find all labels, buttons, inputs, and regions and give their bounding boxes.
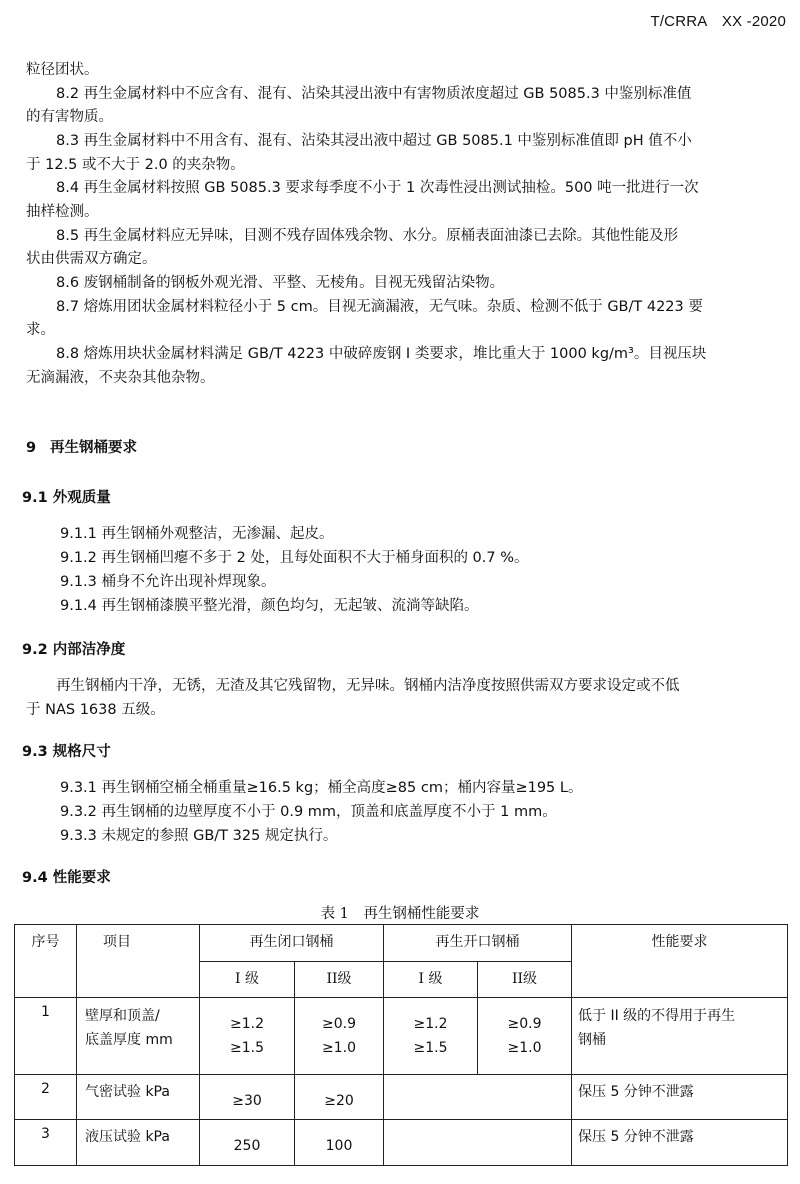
cell-seq: 2 — [15, 1075, 77, 1120]
cell-requirement: 保压 5 分钟不泄露 — [572, 1120, 788, 1166]
performance-table: 序号 项目 再生闭口钢桶 再生开口钢桶 性能要求 I 级 II级 I 级 II级… — [14, 924, 788, 1166]
clause-9-1-3: 9.1.3 桶身不允许出现补焊现象。 — [60, 572, 276, 592]
clause-8-7: 8.7 熔炼用团状金属材料粒径小于 5 cm。目视无滴漏液，无气味。杂质、检测不… — [56, 297, 703, 317]
header-item: 项目 — [77, 925, 200, 998]
clause-8-3: 8.3 再生金属材料中不用含有、混有、沾染其浸出液中超过 GB 5085.1 中… — [56, 131, 692, 151]
body-line: 再生钢桶内干净，无锈，无渣及其它残留物，无异味。钢桶内洁净度按照供需双方要求设定… — [56, 676, 680, 696]
cell-requirement-line: 钢桶 — [578, 1028, 787, 1052]
value: ≥0.9 — [295, 1012, 383, 1036]
cell-open-empty — [384, 1120, 572, 1166]
cell-requirement: 低于 II 级的不得用于再生 钢桶 — [572, 998, 788, 1075]
value: ≥1.0 — [295, 1036, 383, 1060]
cell-item: 壁厚和顶盖/ 底盖厚度 mm — [77, 998, 200, 1075]
document-code-header: T/CRRA XX -2020 — [650, 10, 786, 31]
header-open-grade1: I 级 — [384, 962, 478, 998]
cell-closed-grade1: ≥30 — [200, 1075, 295, 1120]
value: ≥1.5 — [384, 1036, 477, 1060]
value: ≥0.9 — [478, 1012, 571, 1036]
header-open-grade2: II级 — [478, 962, 572, 998]
table-row: 3 液压试验 kPa 250 100 保压 5 分钟不泄露 — [15, 1120, 788, 1166]
header-closed-grade1: I 级 — [200, 962, 295, 998]
section-9-3-heading: 9.3 规格尺寸 — [22, 740, 111, 761]
table-header-row: 序号 项目 再生闭口钢桶 再生开口钢桶 性能要求 — [15, 925, 788, 962]
clause-8-5: 8.5 再生金属材料应无异味，目测不残存固体残余物、水分。原桶表面油漆已去除。其… — [56, 226, 678, 246]
clause-9-3-3: 9.3.3 未规定的参照 GB/T 325 规定执行。 — [60, 826, 337, 846]
body-line: 求。 — [26, 320, 55, 340]
table-row: 1 壁厚和顶盖/ 底盖厚度 mm ≥1.2 ≥1.5 ≥0.9 ≥1.0 ≥1.… — [15, 998, 788, 1075]
value: ≥1.0 — [478, 1036, 571, 1060]
section-9-4-heading: 9.4 性能要求 — [22, 866, 111, 887]
table-caption: 表 1 再生钢桶性能要求 — [0, 902, 800, 923]
clause-9-1-1: 9.1.1 再生钢桶外观整洁，无渗漏、起皮。 — [60, 524, 334, 544]
cell-item-line: 底盖厚度 mm — [85, 1028, 199, 1052]
header-seq: 序号 — [15, 925, 77, 998]
header-closed-grade2: II级 — [295, 962, 384, 998]
table-row: 2 气密试验 kPa ≥30 ≥20 保压 5 分钟不泄露 — [15, 1075, 788, 1120]
clause-9-3-1: 9.3.1 再生钢桶空桶全桶重量≥16.5 kg；桶全高度≥85 cm；桶内容量… — [60, 778, 582, 798]
cell-seq: 3 — [15, 1120, 77, 1166]
section-9-heading: 9再生钢桶要求 — [26, 436, 137, 457]
clause-9-1-2: 9.1.2 再生钢桶凹瘪不多于 2 处，且每处面积不大于桶身面积的 0.7 %。 — [60, 548, 529, 568]
cell-closed-grade2: ≥0.9 ≥1.0 — [295, 998, 384, 1075]
cell-open-grade2: ≥0.9 ≥1.0 — [478, 998, 572, 1075]
body-line: 的有害物质。 — [26, 107, 113, 127]
cell-requirement-line: 低于 II 级的不得用于再生 — [578, 1004, 787, 1028]
section-number: 9 — [26, 440, 50, 456]
clause-9-3-2: 9.3.2 再生钢桶的边壁厚度不小于 0.9 mm，顶盖和底盖厚度不小于 1 m… — [60, 802, 557, 822]
cell-closed-grade2: 100 — [295, 1120, 384, 1166]
body-line: 状由供需双方确定。 — [26, 249, 157, 269]
cell-closed-grade1: ≥1.2 ≥1.5 — [200, 998, 295, 1075]
value: ≥1.2 — [384, 1012, 477, 1036]
body-line: 无滴漏液，不夹杂其他杂物。 — [26, 368, 215, 388]
cell-item: 液压试验 kPa — [77, 1120, 200, 1166]
clause-8-2: 8.2 再生金属材料中不应含有、混有、沾染其浸出液中有害物质浓度超过 GB 50… — [56, 84, 691, 104]
clause-8-8: 8.8 熔炼用块状金属材料满足 GB/T 4223 中破碎废钢 I 类要求，堆比… — [56, 344, 706, 364]
cell-requirement: 保压 5 分钟不泄露 — [572, 1075, 788, 1120]
header-closed-drum: 再生闭口钢桶 — [200, 925, 384, 962]
body-line: 于 NAS 1638 五级。 — [26, 700, 165, 720]
header-open-drum: 再生开口钢桶 — [384, 925, 572, 962]
body-line: 粒径团状。 — [26, 60, 99, 80]
clause-8-4: 8.4 再生金属材料按照 GB 5085.3 要求每季度不小于 1 次毒性浸出测… — [56, 178, 699, 198]
clause-9-1-4: 9.1.4 再生钢桶漆膜平整光滑，颜色均匀，无起皱、流淌等缺陷。 — [60, 596, 479, 616]
body-line: 抽样检测。 — [26, 202, 99, 222]
cell-open-grade1: ≥1.2 ≥1.5 — [384, 998, 478, 1075]
cell-item-line: 壁厚和顶盖/ — [85, 1004, 199, 1028]
cell-closed-grade2: ≥20 — [295, 1075, 384, 1120]
body-line: 于 12.5 或不大于 2.0 的夹杂物。 — [26, 155, 245, 175]
cell-seq: 1 — [15, 998, 77, 1075]
section-9-1-heading: 9.1 外观质量 — [22, 486, 111, 507]
section-9-2-heading: 9.2 内部洁净度 — [22, 638, 125, 659]
cell-open-empty — [384, 1075, 572, 1120]
header-requirement: 性能要求 — [572, 925, 788, 998]
cell-item: 气密试验 kPa — [77, 1075, 200, 1120]
cell-closed-grade1: 250 — [200, 1120, 295, 1166]
clause-8-6: 8.6 废钢桶制备的钢板外观光滑、平整、无棱角。目视无残留沾染物。 — [56, 273, 504, 293]
value: ≥1.5 — [200, 1036, 294, 1060]
section-title: 再生钢桶要求 — [50, 440, 137, 456]
value: ≥1.2 — [200, 1012, 294, 1036]
